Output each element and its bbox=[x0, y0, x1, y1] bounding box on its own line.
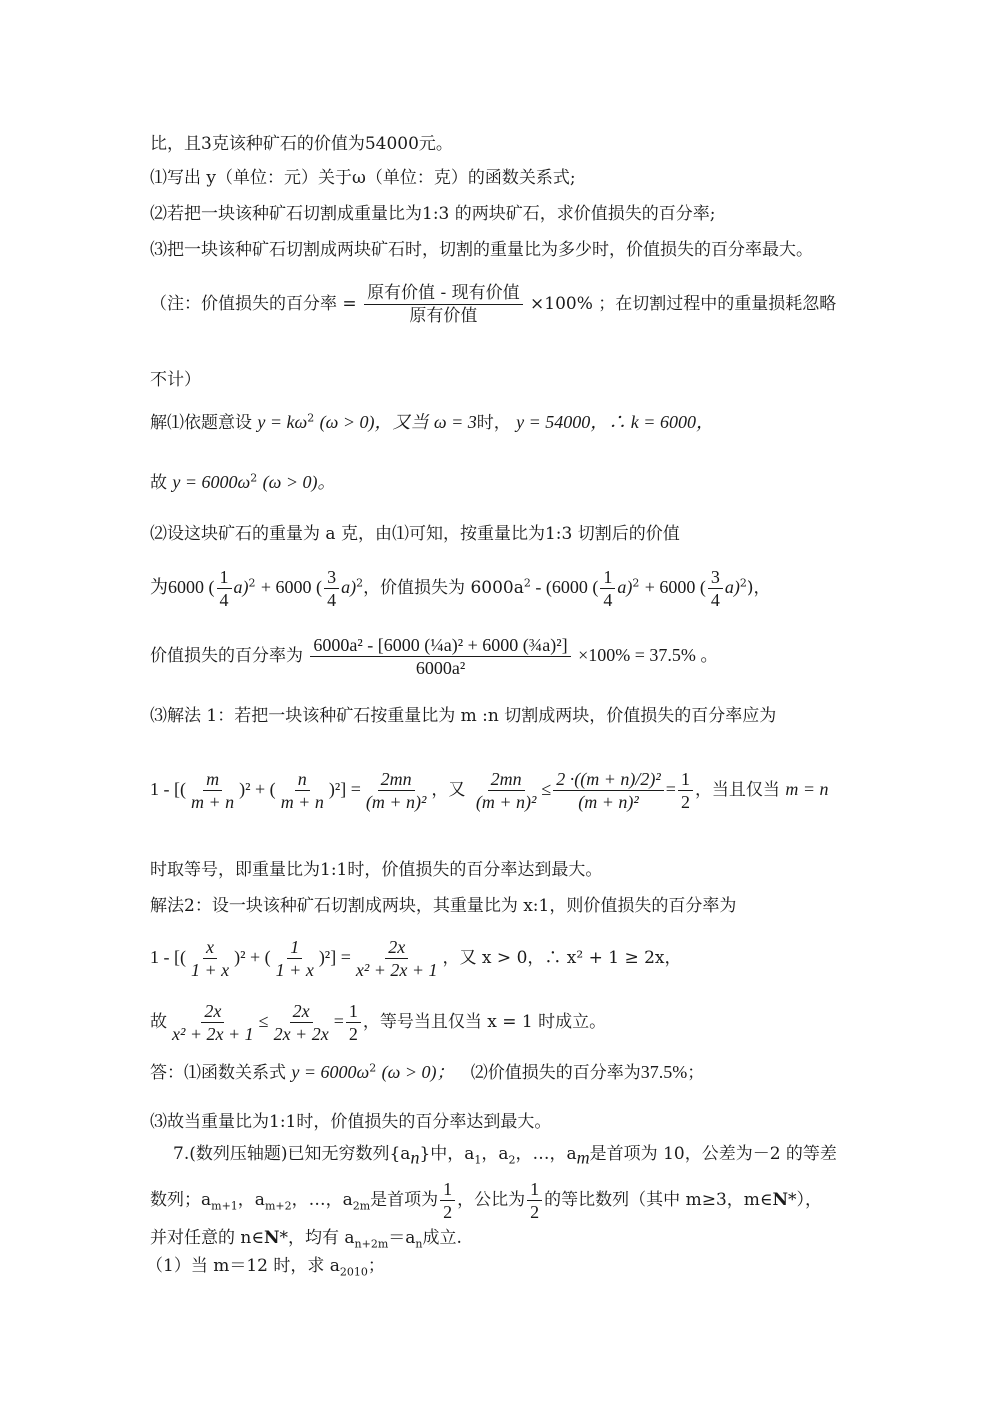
den: 1 + x bbox=[188, 959, 232, 981]
num: 1 bbox=[346, 1000, 361, 1023]
text: ，又 bbox=[431, 780, 465, 800]
math: (ω > 0)，又当 bbox=[320, 412, 429, 432]
math: (ω > 0)； bbox=[382, 1062, 455, 1082]
problem-7-line-1: 7.(数列压轴题)已知无穷数列{an}中，a1，a2，…，am是首项为 10，公… bbox=[173, 1142, 837, 1166]
den: 2 bbox=[440, 1201, 455, 1223]
text: ，…，a bbox=[292, 1190, 353, 1210]
den: 4 bbox=[324, 589, 339, 611]
math: + 6000 ( bbox=[261, 577, 322, 597]
den: m + n bbox=[278, 791, 327, 813]
num: x bbox=[203, 936, 217, 959]
subscript: n bbox=[415, 1237, 422, 1250]
exponent: 2 bbox=[524, 576, 531, 589]
text: 数列；a bbox=[150, 1190, 211, 1210]
solution-3-method-1: ⑶解法 1：若把一块该种矿石按重量比为 m :n 切割成两块，价值损失的百分率应… bbox=[150, 704, 776, 728]
method-1-conclusion: 时取等号，即重量比为1:1时，价值损失的百分率达到最大。 bbox=[150, 858, 602, 882]
fraction-1-4: 14 bbox=[600, 566, 615, 611]
problem-7-line-3: 并对任意的 n∈N*，均有 an+2m＝an成立. bbox=[150, 1226, 462, 1250]
problem-intro-line: 比，且3克该种矿石的价值为54000元。 bbox=[150, 132, 453, 156]
den: x² + 2x + 1 bbox=[169, 1023, 257, 1045]
num: 2x bbox=[290, 1000, 313, 1023]
subscript: 2 bbox=[509, 1153, 516, 1166]
den: m + n bbox=[188, 791, 237, 813]
text: ； bbox=[368, 1256, 385, 1276]
text: ＝a bbox=[388, 1228, 415, 1248]
math: ≤ bbox=[541, 779, 551, 799]
text: 成立. bbox=[423, 1228, 462, 1248]
note-numerator: 原有价值 - 现有价值 bbox=[364, 282, 523, 305]
note-formula: （注：价值损失的百分率 = 原有价值 - 现有价值 原有价值 ×100% ；在切… bbox=[150, 282, 836, 327]
math: m = n bbox=[785, 779, 828, 799]
denominator: 6000a² bbox=[413, 657, 468, 679]
math: y = 54000，∴ k = 6000， bbox=[516, 412, 714, 432]
math: + 6000 ( bbox=[645, 577, 706, 597]
text: 故 bbox=[150, 473, 167, 493]
solution-1-line: 解⑴依题意设 y = kω2 (ω > 0)，又当 ω = 3时， y = 54… bbox=[150, 410, 714, 435]
math: )²] = bbox=[329, 779, 361, 799]
num: 1 bbox=[287, 936, 302, 959]
den: 4 bbox=[708, 589, 723, 611]
den: (m + n)² bbox=[363, 791, 430, 813]
num: m bbox=[203, 768, 222, 791]
text: 是首项为 10，公差为－2 的等差 bbox=[590, 1144, 837, 1164]
fraction-1-4: 14 bbox=[217, 566, 232, 611]
den: x² + 2x + 1 bbox=[353, 959, 441, 981]
num: 2mn bbox=[378, 768, 415, 791]
math: 37.5% bbox=[641, 1062, 688, 1082]
math: a) bbox=[234, 577, 249, 597]
text: ，a bbox=[481, 1144, 508, 1164]
math: )² + ( bbox=[234, 947, 271, 967]
math: - (6000 ( bbox=[531, 577, 598, 597]
question-3: ⑶把一块该种矿石切割成两块矿石时，切割的重量比为多少时，价值损失的百分率最大。 bbox=[150, 238, 813, 262]
text: *，均有 a bbox=[279, 1228, 354, 1248]
method-2-intro: 解法2：设一块该种矿石切割成两块，其重量比为 x:1，则价值损失的百分率为 bbox=[150, 894, 736, 918]
question-1: ⑴写出 y（单位：元）关于ω（单位：克）的函数关系式; bbox=[150, 166, 576, 190]
text: ，公比为 bbox=[457, 1190, 525, 1210]
text: ，等号当且仅当 x = 1 时成立。 bbox=[363, 1012, 606, 1032]
exponent: 2 bbox=[249, 576, 256, 589]
naturals-symbol: N bbox=[264, 1228, 280, 1248]
problem-7-part-1: （1）当 m＝12 时，求 a2010； bbox=[146, 1254, 385, 1278]
note-denominator: 原有价值 bbox=[406, 305, 480, 327]
text: 解⑴依题意设 bbox=[150, 413, 252, 433]
text: ； bbox=[687, 1063, 704, 1083]
document-page: 比，且3克该种矿石的价值为54000元。 ⑴写出 y（单位：元）关于ω（单位：克… bbox=[0, 0, 1000, 1415]
text: ，a bbox=[238, 1190, 265, 1210]
text: ⑵价值损失的百分率为 bbox=[471, 1063, 641, 1083]
solution-1-result: 故 y = 6000ω2 (ω > 0)。 bbox=[150, 470, 336, 495]
math: 1 - [( bbox=[150, 947, 186, 967]
note-end: 不计） bbox=[150, 368, 201, 392]
text: ，价值损失为 6000a bbox=[363, 578, 524, 598]
method-2-inequality: 故2xx² + 2x + 1≤2x2x + 2x=12，等号当且仅当 x = 1… bbox=[150, 1000, 606, 1045]
text: 故 bbox=[150, 1012, 167, 1032]
den: 2 bbox=[678, 791, 693, 813]
fraction-3-4: 34 bbox=[708, 566, 723, 611]
subscript: 2010 bbox=[340, 1265, 368, 1278]
num: n bbox=[295, 768, 310, 791]
solution-2-value-line: 为6000 (14a)2 + 6000 (34a)2，价值损失为 6000a2 … bbox=[150, 566, 771, 611]
den: 2 bbox=[527, 1201, 542, 1223]
text: 答：⑴函数关系式 bbox=[150, 1063, 286, 1083]
num: 2 ·((m + n)/2)² bbox=[553, 768, 664, 791]
question-2: ⑵若把一块该种矿石切割成重量比为1:3 的两块矿石，求价值损失的百分率; bbox=[150, 202, 716, 226]
subscript: 2m bbox=[353, 1199, 370, 1212]
naturals-symbol: N bbox=[772, 1190, 788, 1210]
math: )² + ( bbox=[239, 779, 276, 799]
den: (m + n)² bbox=[473, 791, 540, 813]
num: 1 bbox=[678, 768, 693, 791]
math: y = 6000ω bbox=[291, 1062, 369, 1082]
problem-7-line-2: 数列；am+1，am+2，…，a2m是首项为12，公比为12的等比数列（其中 m… bbox=[150, 1178, 822, 1223]
loss-rate-line: 价值损失的百分率为 6000a² - [6000 (¼a)² + 6000 (¾… bbox=[150, 634, 718, 679]
method-2-formula: 1 - [(x1 + x)² + (11 + x)²] =2xx² + 2x +… bbox=[150, 936, 682, 981]
subscript: m+2 bbox=[265, 1199, 292, 1212]
answer-3: ⑶故当重量比为1:1时，价值损失的百分率达到最大。 bbox=[150, 1110, 551, 1134]
math: a) bbox=[341, 577, 356, 597]
method-1-formula: 1 - [(mm + n)² + (nm + n)²] =2mn(m + n)²… bbox=[150, 768, 829, 813]
loss-rate-fraction: 6000a² - [6000 (¼a)² + 6000 (¾a)²] 6000a… bbox=[310, 634, 570, 679]
den: 2x + 2x bbox=[271, 1023, 332, 1045]
num: 3 bbox=[708, 566, 723, 589]
text: ，…，a bbox=[516, 1144, 577, 1164]
text: ，又 x > 0，∴ x² + 1 ≥ 2x， bbox=[443, 948, 682, 968]
num: 1 bbox=[440, 1178, 455, 1201]
solution-2-intro: ⑵设这块矿石的重量为 a 克，由⑴可知，按重量比为1:3 切割后的价值 bbox=[150, 522, 680, 546]
note-suffix: ×100% ；在切割过程中的重量损耗忽略 bbox=[530, 294, 836, 314]
den: (m + n)² bbox=[575, 791, 642, 813]
answer-line: 答：⑴函数关系式 y = 6000ω2 (ω > 0)； ⑵价值损失的百分率为3… bbox=[150, 1060, 704, 1085]
math: 1 - [( bbox=[150, 779, 186, 799]
text: ，当且仅当 bbox=[695, 780, 780, 800]
numerator: 6000a² - [6000 (¼a)² + 6000 (¾a)²] bbox=[310, 634, 570, 657]
den: 4 bbox=[217, 589, 232, 611]
den: 2 bbox=[346, 1023, 361, 1045]
den: 4 bbox=[600, 589, 615, 611]
math: 为6000 ( bbox=[150, 577, 215, 597]
math: ω = 3 bbox=[434, 412, 477, 432]
text: 是首项为 bbox=[370, 1190, 438, 1210]
exponent: 2 bbox=[369, 1061, 376, 1074]
math: ≤ bbox=[259, 1011, 269, 1031]
num: 1 bbox=[600, 566, 615, 589]
math: a) bbox=[617, 577, 632, 597]
den: 1 + x bbox=[273, 959, 317, 981]
num: 3 bbox=[324, 566, 339, 589]
text: 时， bbox=[477, 413, 511, 433]
text: }中，a bbox=[419, 1144, 474, 1164]
num: 2x bbox=[201, 1000, 224, 1023]
num: 2mn bbox=[488, 768, 525, 791]
fraction-3-4: 34 bbox=[324, 566, 339, 611]
subscript: n+2m bbox=[355, 1237, 389, 1250]
subscript: m bbox=[577, 1147, 590, 1167]
text: 价值损失的百分率为 bbox=[150, 646, 303, 666]
num: 2x bbox=[385, 936, 408, 959]
text: 7.(数列压轴题)已知无穷数列{a bbox=[173, 1144, 410, 1164]
exponent: 2 bbox=[740, 576, 747, 589]
exponent: 2 bbox=[307, 411, 314, 424]
note-fraction: 原有价值 - 现有价值 原有价值 bbox=[364, 282, 523, 327]
math: a) bbox=[725, 577, 740, 597]
exponent: 2 bbox=[356, 576, 363, 589]
math: = bbox=[334, 1011, 344, 1031]
subscript: m+1 bbox=[211, 1199, 238, 1212]
text: *）， bbox=[788, 1190, 822, 1210]
text: （1）当 m＝12 时，求 a bbox=[146, 1256, 340, 1276]
num: 1 bbox=[527, 1178, 542, 1201]
text: )， bbox=[747, 578, 771, 598]
num: 1 bbox=[217, 566, 232, 589]
math: y = 6000ω bbox=[172, 472, 250, 492]
math: y = kω bbox=[257, 412, 307, 432]
result: ×100% = 37.5% 。 bbox=[578, 645, 718, 665]
math: (ω > 0)。 bbox=[263, 472, 336, 492]
exponent: 2 bbox=[250, 471, 257, 484]
math: = bbox=[666, 779, 676, 799]
math: )²] = bbox=[319, 947, 351, 967]
text: 并对任意的 n∈ bbox=[150, 1228, 264, 1248]
text: 的等比数列（其中 m≥3，m∈ bbox=[544, 1190, 772, 1210]
exponent: 2 bbox=[632, 576, 639, 589]
note-prefix: （注：价值损失的百分率 = bbox=[150, 294, 357, 314]
